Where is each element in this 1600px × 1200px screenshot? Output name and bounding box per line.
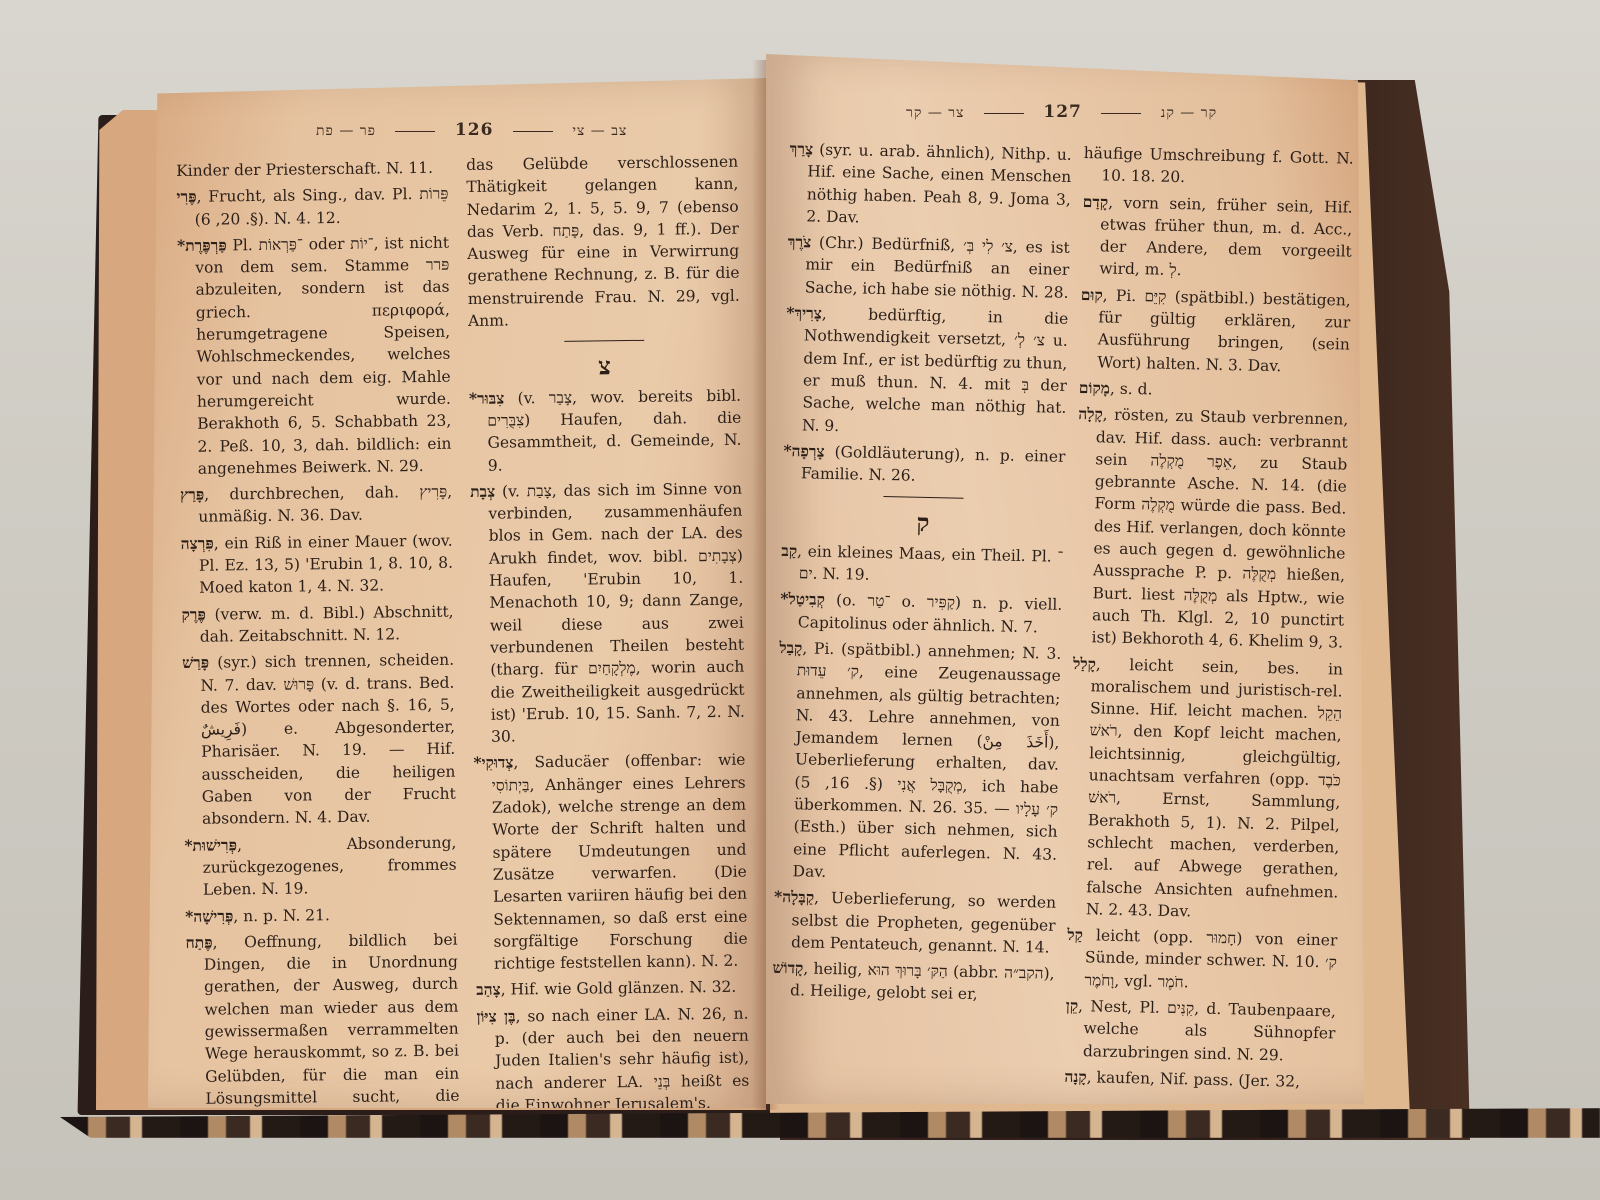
- page-number: 126: [455, 120, 494, 140]
- section-divider: [564, 340, 644, 342]
- entry: פָּרַשׁ (syr.) sich trennen, scheiden. N…: [182, 649, 456, 831]
- definition: , Hif. wie Gold glänzen. N. 32.: [501, 978, 737, 999]
- headword: *קַבָּלָה: [774, 887, 814, 907]
- entry: צָרַךְ (syr. u. arab. ähnlich), Nithp. u…: [788, 138, 1072, 233]
- headword: *פְּרִישָׁה: [185, 906, 233, 926]
- entry: פָּרַץ, durchbrechen, dah. פָּרִיץ, unmä…: [180, 481, 453, 529]
- definition: das Gelübde verschlossenen Thätigkeit ge…: [466, 153, 740, 330]
- running-head-right-guide: צב — צי: [572, 123, 627, 139]
- entry: *צָרְפָה (Goldläuterung), n. p. einer Fa…: [783, 440, 1066, 490]
- headword: קָדַם: [1083, 192, 1109, 212]
- definition: Pl. ־פַּרְאוֹת oder ־יוֹת, ist nicht von…: [195, 234, 451, 478]
- entry: קַל leicht (opp. חָמוּר) von einer Sünde…: [1066, 924, 1337, 997]
- definition: (verw. m. d. Bibl.) Abschnitt, dah. Zeit…: [200, 602, 454, 645]
- definition: , Frucht, als Sing., dav. Pl. פֵּרוֹת (§…: [195, 185, 449, 228]
- running-head-left-guide: פר — פת: [316, 123, 376, 139]
- entry: קֵן, Nest, Pl. קִנִּים, d. Taubenpaare, …: [1065, 995, 1336, 1068]
- definition: , so nach einer LA. N. 26, n. p. (der au…: [495, 1004, 750, 1114]
- headword: *פַּרְפֶּרֶת: [177, 235, 227, 255]
- rule: [1101, 113, 1141, 114]
- definition: , Pi. (spätbibl.) annehmen; N. 3. ק׳ עֵד…: [792, 639, 1061, 881]
- running-head-right: צר — קר 127 קר — קנ: [906, 102, 1217, 122]
- entry: häufige Umschreibung f. Gott. N. 10. 18.…: [1083, 142, 1354, 192]
- headword: *צָרְפָה: [783, 441, 825, 461]
- entry: פֶּרֶק (verw. m. d. Bibl.) Abschnitt, da…: [181, 600, 454, 648]
- definition: , ein kleines Maas, ein Theil. Pl. ־ים. …: [797, 542, 1064, 584]
- left-page: פר — פת 126 צב — צי Kinder der Priesters…: [148, 78, 766, 1108]
- definition: , vorn sein, früher sein, Hif. etwas frü…: [1099, 193, 1353, 279]
- entry: קוּם, Pi. קִיֵּם (spätbibl.) bestätigen,…: [1079, 284, 1351, 379]
- headword: קֵן: [1066, 996, 1079, 1015]
- headword: קַל: [1067, 925, 1083, 944]
- left-page-column-1: Kinder der Priesterschaft. N. 11. פֶּרִי…: [176, 157, 460, 1159]
- entry: קָבַל, Pi. (spätbibl.) annehmen; N. 3. ק…: [774, 637, 1061, 888]
- entry: *צִבּוּר (v. צָבַר, wov. bereits bibl. צ…: [469, 384, 742, 477]
- definition: häufige Umschreibung f. Gott. N. 10. 18.…: [1084, 144, 1354, 186]
- entry: מָקוֹם, s. d.: [1079, 377, 1349, 405]
- headword: בֶּן צִיּוֹן: [476, 1006, 515, 1025]
- definition: , durchbrechen, dah. פָּרִיץ, unmäßig. N…: [198, 483, 452, 526]
- right-page-column-2: häufige Umschreibung f. Gott. N. 10. 18.…: [1064, 142, 1354, 1098]
- entry: בֶּן צִיּוֹן, so nach einer LA. N. 26, n…: [476, 1002, 749, 1117]
- entry: *צְדוּקִי, Saducäer (offenbar: wie בַּיְ…: [473, 749, 748, 975]
- headword: פָּרַץ: [180, 485, 204, 504]
- entry: קָנָה, kaufen, Nif. pass. (Jer. 32,: [1064, 1066, 1334, 1094]
- section-divider: [883, 496, 963, 499]
- headword: קָדוֹשׁ: [772, 958, 803, 978]
- definition: (syr. u. arab. ähnlich), Nithp. u. Hif. …: [806, 140, 1072, 226]
- entry: קָדַם, vorn sein, früher sein, Hif. etwa…: [1081, 191, 1353, 286]
- headword: קַב: [781, 541, 797, 560]
- definition: (Goldläuterung), n. p. einer Familie. N.…: [801, 443, 1066, 485]
- headword: מָקוֹם: [1079, 378, 1111, 398]
- entry: *צָרִיךְ, bedürftig, in die Nothwendigke…: [784, 302, 1069, 442]
- definition: , n. p. N. 21.: [233, 906, 330, 925]
- rule: [984, 113, 1024, 114]
- entry: פִּרְצָה, ein Riß in einer Mauer (wov. P…: [181, 529, 454, 599]
- photo-scene: פר — פת 126 צב — צי Kinder der Priesters…: [0, 0, 1600, 1200]
- headword: צָרַךְ: [790, 139, 814, 158]
- headword: צְבָת: [470, 482, 495, 501]
- definition: , Absonderung, zurückgezogenes, frommes …: [203, 833, 457, 899]
- entry: קָלַל, leicht sein, bes. in moralischem …: [1068, 652, 1344, 925]
- definition: (v. צָבַר, wov. bereits bibl. צִבֻּרִים)…: [487, 386, 741, 474]
- definition: (syr.) sich trennen, scheiden. N. 7. dav…: [200, 651, 456, 828]
- headword: פֶּתַח: [185, 932, 212, 951]
- definition: , Ueberlieferung, so werden selbst die P…: [791, 889, 1056, 957]
- section-letter: צ: [468, 354, 740, 380]
- definition: , kaufen, Nif. pass. (Jer. 32,: [1086, 1068, 1300, 1090]
- entry: Kinder der Priesterschaft. N. 11.: [176, 157, 448, 183]
- definition: (o. ־טַר o. קַפִּיר) n. p. viell. Capito…: [798, 591, 1063, 636]
- definition: Kinder der Priesterschaft. N. 11.: [176, 159, 433, 180]
- headword: פָּרַשׁ: [182, 653, 209, 672]
- definition: , s. d.: [1110, 380, 1153, 399]
- headword: פִּרְצָה: [181, 533, 214, 552]
- headword: צָהַב: [476, 980, 501, 999]
- headword: *פְּרִישׁוּת: [184, 835, 237, 855]
- entry-continuation: das Gelübde verschlossenen Thätigkeit ge…: [466, 151, 740, 333]
- entry: *קְבִיטַל (o. ־טַר o. קַפִּיר) n. p. vie…: [780, 588, 1063, 638]
- right-page-column-1: צָרַךְ (syr. u. arab. ähnlich), Nithp. u…: [772, 138, 1072, 1011]
- page-number: 127: [1043, 102, 1082, 122]
- right-page: צר — קר 127 קר — קנ צָרַךְ (syr. u. arab…: [766, 54, 1364, 1104]
- definition: , Nest, Pl. קִנִּים, d. Taubenpaare, wel…: [1078, 997, 1336, 1064]
- definition: leicht (opp. חָמוּר) von einer Sünde, mi…: [1083, 926, 1338, 991]
- headword: פֶּרֶק: [181, 604, 206, 623]
- definition: (Chr.) Bedürfniß, צ׳ לִי בְּ׳, es ist mi…: [805, 234, 1070, 302]
- definition: (v. צָבַת, das sich im Sinne von verbind…: [488, 480, 745, 746]
- rule: [395, 131, 435, 132]
- headword: *קְבִיטַל: [780, 589, 825, 609]
- entry: צֹרֶךְ (Chr.) Bedürfniß, צ׳ לִי בְּ׳, es…: [787, 231, 1070, 304]
- definition: , Saducäer (offenbar: wie בַּיְתוֹסִי, A…: [492, 751, 748, 973]
- entry: צָהַב, Hif. wie Gold glänzen. N. 32.: [476, 976, 748, 1002]
- entry: *פְּרִישָׁה, n. p. N. 21.: [185, 902, 457, 928]
- entry: *קַבָּלָה, Ueberlieferung, so werden sel…: [773, 886, 1056, 959]
- entry: קָדוֹשׁ, heilig, הַקּ׳ בָּרוּךְ הוּא (ab…: [772, 957, 1055, 1007]
- entry: קָלָה, rösten, zu Staub verbrennen, dav.…: [1073, 403, 1348, 654]
- headword: פֶּרִי: [176, 187, 196, 206]
- entry: צְבָת (v. צָבַת, das sich im Sinne von v…: [470, 478, 745, 749]
- headword: *צְדוּקִי: [473, 753, 513, 772]
- definition: , heilig, הַקּ׳ בָּרוּךְ הוּא (abbr. הקב…: [790, 960, 1055, 1004]
- running-head-left: פר — פת 126 צב — צי: [316, 120, 627, 140]
- running-head-right-guide: קר — קנ: [1161, 105, 1217, 121]
- headword: *צִבּוּר: [469, 388, 505, 407]
- rule: [513, 131, 553, 132]
- section-letter: ק: [782, 509, 1064, 537]
- definition: , leicht sein, bes. in moralischem und j…: [1086, 655, 1343, 920]
- definition: , ein Riß in einer Mauer (wov. Pl. Ez. 1…: [199, 531, 453, 597]
- headword: קָלָה: [1078, 404, 1103, 424]
- left-page-column-2: das Gelübde verschlossenen Thätigkeit ge…: [466, 151, 750, 1121]
- definition: , Pi. קִיֵּם (spätbibl.) bestätigen, für…: [1097, 286, 1351, 375]
- entry: *פַּרְפֶּרֶת Pl. ־פַּרְאוֹת oder ־יוֹת, …: [177, 232, 452, 481]
- headword: קָלַל: [1073, 653, 1096, 672]
- entry: פֶּרִי, Frucht, als Sing., dav. Pl. פֵּר…: [176, 183, 449, 231]
- running-head-left-guide: צר — קר: [906, 105, 964, 121]
- entry: *פְּרִישׁוּת, Absonderung, zurückgezogen…: [184, 831, 457, 901]
- headword: קָבַל: [779, 638, 802, 657]
- definition: , rösten, zu Staub verbrennen, dav. Hif.…: [1091, 406, 1348, 652]
- headword: *צָרִיךְ: [786, 303, 822, 323]
- headword: צֹרֶךְ: [788, 232, 812, 251]
- definition: , bedürftig, in die Nothwendigkeit verse…: [802, 305, 1069, 435]
- entry: קַב, ein kleines Maas, ein Theil. Pl. ־י…: [781, 540, 1064, 590]
- headword: קוּם: [1081, 285, 1103, 304]
- headword: קָנָה: [1064, 1067, 1087, 1086]
